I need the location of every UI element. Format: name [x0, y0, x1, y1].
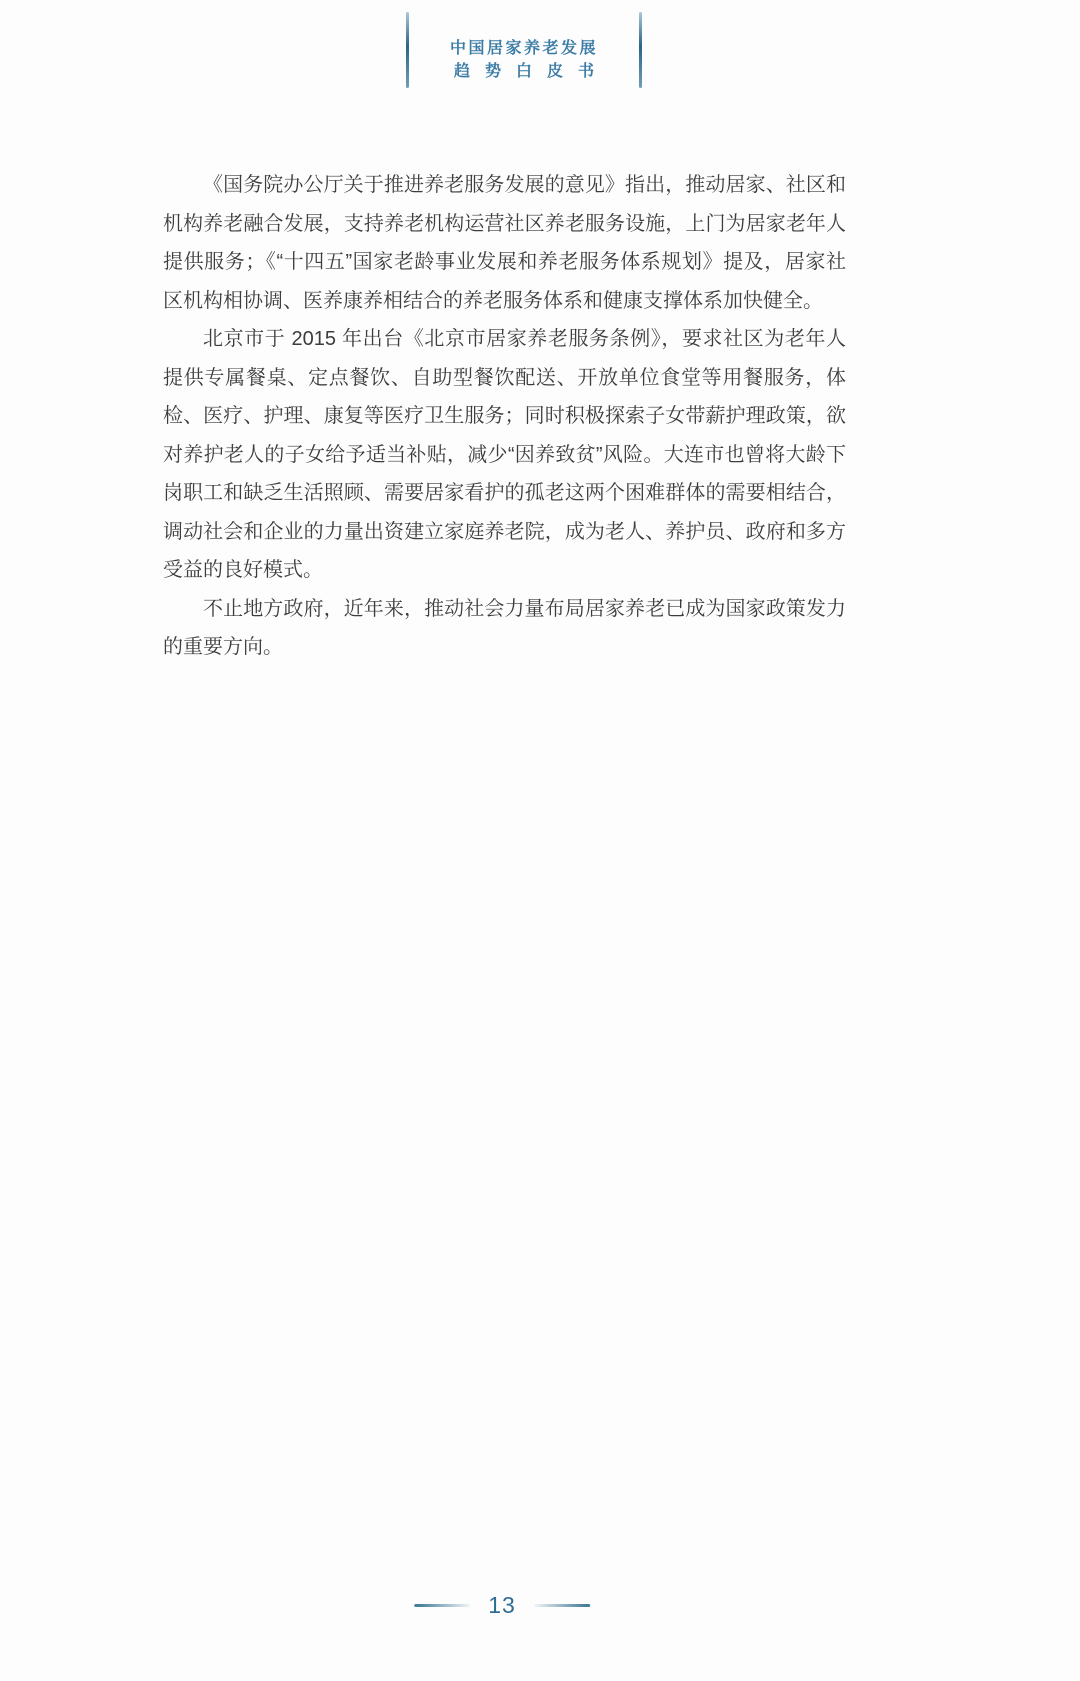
whitepaper-title-line2: 趋势白皮书	[439, 62, 609, 82]
paragraph-beijing-dalian: 北京市于 2015 年出台《北京市居家养老服务条例》，要求社区为老年人提供专属餐…	[163, 320, 846, 590]
page-header: 中国居家养老发展 趋势白皮书	[406, 12, 642, 88]
footer-left-dash	[414, 1604, 470, 1607]
footer-right-dash	[534, 1604, 590, 1607]
document-body: 《国务院办公厅关于推进养老服务发展的意见》指出，推动居家、社区和机构养老融合发展…	[163, 166, 846, 667]
paragraph-national-direction: 不止地方政府，近年来，推动社会力量布局居家养老已成为国家政策发力的重要方向。	[163, 590, 846, 667]
paragraph-policy-national: 《国务院办公厅关于推进养老服务发展的意见》指出，推动居家、社区和机构养老融合发展…	[163, 166, 846, 320]
page-number: 13	[488, 1592, 516, 1618]
page-footer: 13	[414, 1592, 590, 1618]
whitepaper-title: 中国居家养老发展 趋势白皮书	[409, 12, 639, 88]
header-right-rule	[639, 12, 642, 88]
whitepaper-title-line1: 中国居家养老发展	[439, 39, 609, 59]
